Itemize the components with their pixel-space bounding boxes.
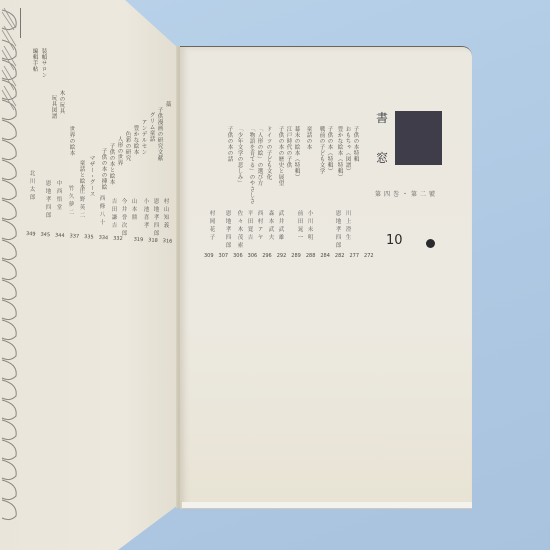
toc-title: マザー・グース bbox=[88, 155, 94, 197]
page-number: 282 bbox=[335, 253, 345, 259]
toc-author: 山本鼎 bbox=[130, 198, 136, 222]
toc-title: 子供の本の話 bbox=[226, 126, 232, 162]
spiral-binding-icon bbox=[0, 0, 22, 550]
page-number: 345 bbox=[40, 232, 50, 238]
toc-author: 武井武雄 bbox=[277, 210, 283, 242]
toc-title: 豊かな絵本 bbox=[132, 125, 138, 155]
volume-line: 第四巻・第二號 bbox=[375, 189, 438, 198]
page-number: 319 bbox=[134, 237, 144, 243]
toc-title: アンデルセン bbox=[140, 119, 146, 155]
page-number: 307 bbox=[219, 253, 229, 259]
toc-title: 子供の本（特輯） bbox=[326, 126, 332, 174]
issue-dot-icon bbox=[426, 239, 435, 248]
toc-title: 童話の本 bbox=[305, 126, 311, 150]
toc-author: 恩地孝四郎 bbox=[224, 210, 230, 250]
masthead-char: 書 bbox=[376, 112, 388, 124]
page-number: 296 bbox=[262, 253, 272, 259]
toc-title: 装幀サロン bbox=[40, 48, 46, 78]
toc-author: 竹久夢二 bbox=[67, 185, 73, 217]
toc-title: 「物語を育てる」のやさしさ bbox=[248, 126, 254, 204]
toc-author: 佐々木茂索 bbox=[236, 210, 242, 250]
page-number: 334 bbox=[98, 235, 108, 241]
page-number: 344 bbox=[55, 233, 65, 239]
toc-author: 小川未明 bbox=[306, 210, 312, 242]
page-number: 335 bbox=[84, 234, 94, 240]
left-margin-rule bbox=[20, 8, 21, 38]
toc-author: 村岡花子 bbox=[208, 210, 214, 242]
page-number: 284 bbox=[320, 253, 330, 259]
toc-title: 子供漫画の研究文献 bbox=[156, 107, 162, 161]
toc-title: 子供の本と絵本 bbox=[108, 143, 114, 185]
toc-title: おもちゃ（図譜） bbox=[344, 126, 350, 174]
toc-author: 小池喜孝 bbox=[142, 198, 148, 230]
issue-number: 10 bbox=[386, 233, 403, 248]
page-number: 277 bbox=[349, 253, 359, 259]
page-number: 289 bbox=[291, 253, 301, 259]
page-number-row: 309 307 306 306 296 292 289 288 284 282 … bbox=[204, 253, 374, 259]
masthead-char: 窓 bbox=[376, 152, 388, 164]
toc-author: 西條八十 bbox=[98, 195, 104, 227]
toc-title: 藁 bbox=[164, 101, 170, 107]
page-number: 309 bbox=[204, 253, 214, 259]
toc-author: 平田寛吉 bbox=[246, 210, 252, 242]
masthead-block bbox=[395, 111, 442, 165]
toc-title: 幕末の絵本（特輯） bbox=[293, 126, 299, 180]
toc-title: 子供の本特輯 bbox=[352, 126, 358, 162]
left-page: 藁 子供漫画の研究文献 グリム童話 アンデルセン 豊かな絵本 色彩の研究 人形の… bbox=[0, 0, 178, 550]
toc-author: 中西悟堂 bbox=[55, 180, 61, 212]
toc-title: 「人形の絵」の選び方 bbox=[256, 126, 262, 186]
page-number: 306 bbox=[248, 253, 258, 259]
toc-title: 童話と絵本 bbox=[78, 160, 84, 190]
toc-author: 今井誉次郎 bbox=[120, 198, 126, 238]
toc-title: 豊かな絵本（特輯） bbox=[336, 126, 342, 180]
toc-title: 人形の世界 bbox=[116, 136, 122, 166]
toc-author: 川上澄生 bbox=[344, 210, 350, 242]
toc-author: 恩地孝四郎 bbox=[152, 198, 158, 238]
toc-author: 西村アヤ bbox=[256, 210, 262, 242]
page-number: 272 bbox=[364, 253, 374, 259]
toc-title: 色彩の研究 bbox=[124, 131, 130, 161]
page-number: 288 bbox=[306, 253, 316, 259]
page-number: 318 bbox=[148, 237, 158, 243]
toc-title: 子供の本の挿絵 bbox=[100, 148, 106, 190]
toc-title: 玩具図譜 bbox=[50, 95, 56, 119]
toc-title: 編輯手帖 bbox=[31, 48, 37, 72]
toc-title: グリム童話 bbox=[148, 112, 154, 142]
toc-title: 子供の本の歴史と展望 bbox=[277, 126, 283, 186]
toc-title: 世界の絵本 bbox=[68, 126, 74, 156]
toc-title: 「少年文学の悲しみ」 bbox=[236, 126, 242, 186]
toc-author: 前田晁一 bbox=[296, 210, 302, 242]
toc-author: 村山知義 bbox=[162, 198, 168, 230]
page-number: 332 bbox=[113, 236, 123, 242]
page-number: 292 bbox=[277, 253, 287, 259]
page-number: 349 bbox=[26, 231, 36, 237]
toc-author: 庄野英二 bbox=[78, 188, 84, 220]
toc-author: 恩地孝四郎 bbox=[334, 210, 340, 250]
toc-author: 恩地孝四郎 bbox=[44, 180, 50, 220]
toc-title: 江戸時代の子供 bbox=[285, 126, 291, 168]
page-number: 316 bbox=[163, 238, 173, 244]
toc-title: 木の玩具 bbox=[58, 90, 64, 114]
toc-author: 吉田謙吉 bbox=[110, 198, 116, 230]
toc-title: ドイツの子ども文化 bbox=[265, 126, 271, 180]
page-number: 337 bbox=[69, 233, 79, 239]
toc-author: 森本武夫 bbox=[267, 210, 273, 242]
toc-author: 北川太郎 bbox=[28, 170, 34, 202]
page-bottom-edge bbox=[182, 502, 472, 509]
page-number: 306 bbox=[233, 253, 243, 259]
toc-title: 戦前の子ども文学 bbox=[318, 126, 324, 174]
